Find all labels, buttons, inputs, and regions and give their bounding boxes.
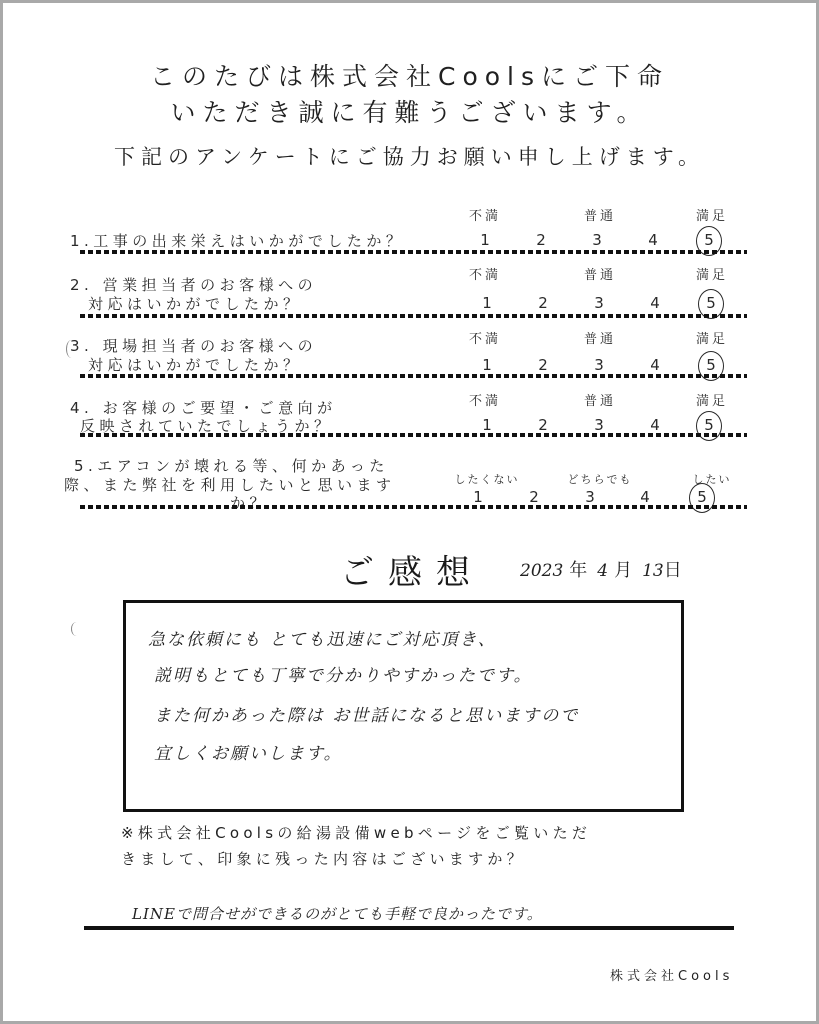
scale-label-high: 満足 — [696, 328, 728, 347]
rating-option-4[interactable]: 4 — [645, 294, 665, 312]
scale-label-low: 不満 — [469, 205, 501, 224]
impressions-title: ご感想 — [340, 545, 484, 594]
web-question-line-2: きまして、印象に残った内容はございますか？ — [121, 846, 721, 872]
scale-label-mid: どちらでも — [568, 471, 633, 487]
pen-mark — [71, 622, 82, 636]
rating-option-1[interactable]: 1 — [477, 294, 497, 312]
scale-label-low: したくない — [455, 471, 520, 487]
rating-option-1[interactable]: 1 — [477, 356, 497, 374]
rating-option-5-selected[interactable]: 5 — [692, 488, 712, 506]
rating-option-3[interactable]: 3 — [589, 294, 609, 312]
dotted-divider — [80, 314, 747, 318]
comment-line-2: 説明もとても丁寧で分かりやすかったです。 — [154, 661, 533, 686]
comment-line-1: 急な依頼にも とても迅速にご対応頂き、 — [148, 625, 497, 650]
rating-option-4[interactable]: 4 — [645, 356, 665, 374]
greeting-line-1: このたびは株式会社Coolsにご下命 — [0, 62, 819, 92]
rating-option-1[interactable]: 1 — [475, 231, 495, 249]
rating-option-3[interactable]: 3 — [589, 416, 609, 434]
date-year: 2023 — [520, 561, 563, 581]
web-question-line-1: ※株式会社Coolsの給湯設備webページをご覧いただ — [121, 820, 721, 846]
comment-box[interactable]: 急な依頼にも とても迅速にご対応頂き、 説明もとても丁寧で分かりやすかったです。… — [123, 600, 684, 812]
rating-option-2[interactable]: 2 — [524, 488, 544, 506]
date-year-unit: 年 — [569, 560, 587, 581]
question-text-line-1: 5.エアコンが壊れる等、何かあった — [74, 456, 389, 476]
greeting-line-2: いただき誠に有難うございます。 — [0, 98, 819, 128]
question-text-line-2: 対応はいかがでしたか？ — [88, 355, 303, 375]
scale-label-low: 不満 — [469, 264, 501, 283]
date-month: 4 — [597, 561, 608, 581]
rating-option-2[interactable]: 2 — [533, 416, 553, 434]
date-month-unit: 月 — [614, 560, 632, 581]
rating-option-4[interactable]: 4 — [645, 416, 665, 434]
comment-line-3: また何かあった際は お世話になると思いますので — [154, 701, 579, 726]
web-question: ※株式会社Coolsの給湯設備webページをご覧いただ きまして、印象に残った内… — [121, 820, 721, 872]
dotted-divider — [80, 250, 747, 254]
footer-company: 株式会社Cools — [610, 965, 733, 984]
comment-line-4: 宜しくお願いします。 — [154, 739, 343, 764]
scale-label-high: 満足 — [696, 264, 728, 283]
scale-label-mid: 普通 — [584, 390, 616, 409]
answer-underline — [84, 926, 734, 930]
rating-option-1[interactable]: 1 — [468, 488, 488, 506]
date-day: 13 — [642, 561, 664, 581]
rating-option-4[interactable]: 4 — [635, 488, 655, 506]
question-text-line-1: 3. 現場担当者のお客様への — [70, 336, 317, 356]
rating-option-2[interactable]: 2 — [533, 294, 553, 312]
date-day-unit: 日 — [664, 560, 682, 581]
rating-option-1[interactable]: 1 — [477, 416, 497, 434]
rating-option-4[interactable]: 4 — [643, 231, 663, 249]
rating-option-3[interactable]: 3 — [589, 356, 609, 374]
dotted-divider — [80, 374, 747, 378]
rating-option-3[interactable]: 3 — [587, 231, 607, 249]
web-question-answer[interactable]: LINEで問合せができるのがとても手軽で良かったです。 — [132, 903, 543, 924]
question-text-line-2: 際、また弊社を利用したいと思います — [64, 475, 396, 495]
question-text: 1.工事の出来栄えはいかがでしたか？ — [70, 231, 405, 251]
greeting-line-3: 下記のアンケートにご協力お願い申し上げます。 — [0, 142, 819, 172]
question-text-line-2: 対応はいかがでしたか？ — [88, 294, 303, 314]
question-text-line-3: か？ — [230, 493, 269, 513]
scale-label-low: 不満 — [469, 390, 501, 409]
rating-option-2[interactable]: 2 — [533, 356, 553, 374]
scale-label-high: 満足 — [696, 390, 728, 409]
dotted-divider — [80, 505, 747, 509]
rating-option-5-selected[interactable]: 5 — [699, 231, 719, 249]
scale-label-high: 満足 — [696, 205, 728, 224]
dotted-divider — [80, 433, 747, 437]
scale-label-mid: 普通 — [584, 264, 616, 283]
rating-option-3[interactable]: 3 — [580, 488, 600, 506]
rating-option-5-selected[interactable]: 5 — [699, 416, 719, 434]
question-text-line-1: 2. 営業担当者のお客様への — [70, 275, 317, 295]
rating-option-5-selected[interactable]: 5 — [701, 294, 721, 312]
rating-option-2[interactable]: 2 — [531, 231, 551, 249]
impressions-date: 2023年4月13日 — [520, 556, 682, 582]
scale-label-low: 不満 — [469, 328, 501, 347]
question-text-line-1: 4. お客様のご要望・ご意向が — [70, 398, 337, 418]
scale-label-mid: 普通 — [584, 328, 616, 347]
rating-option-5-selected[interactable]: 5 — [701, 356, 721, 374]
scale-label-mid: 普通 — [584, 205, 616, 224]
